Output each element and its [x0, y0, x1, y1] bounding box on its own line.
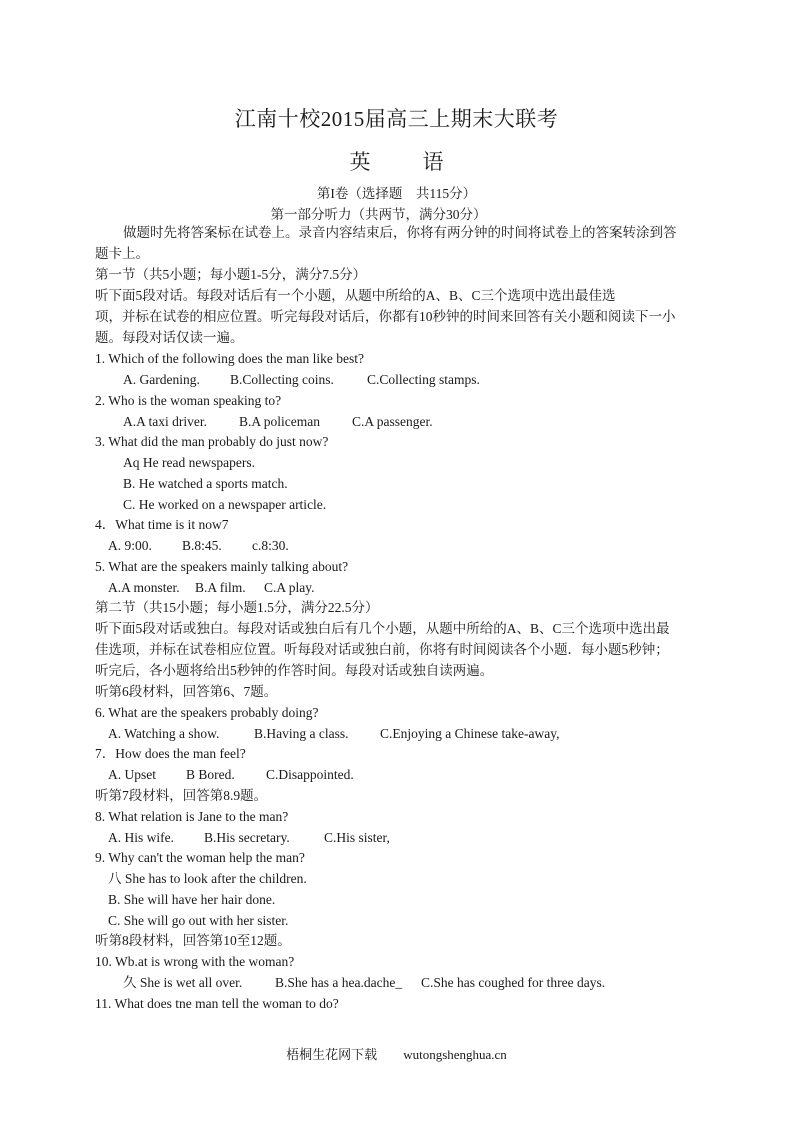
footer-site-url[interactable]: wutongshenghua.cn	[403, 1047, 507, 1062]
option-b: B.Having a class.	[254, 725, 380, 743]
section1-heading: 第一节（共5小题；每小题1-5分，满分7.5分）	[95, 266, 366, 284]
question-1-options: A. Gardening.B.Collecting coins.C.Collec…	[123, 371, 480, 389]
section2-desc-3: 听完后，各小题将给出5秒钟的作答时间。每段对话或独自读两遍。	[95, 662, 493, 680]
question-3-option-b: B. He watched a sports match.	[123, 475, 288, 493]
material-7-heading: 听第7段材料，回答第8.9题。	[95, 787, 267, 805]
option-c: C.A play.	[264, 579, 315, 597]
question-5: 5. What are the speakers mainly talking …	[95, 558, 348, 576]
question-9-option-a: 八 She has to look after the children.	[108, 870, 307, 888]
question-3-option-c: C. He worked on a newspaper article.	[123, 496, 326, 514]
question-9-option-c: C. She will go out with her sister.	[108, 912, 288, 930]
question-7-options: A. UpsetB Bored.C.Disappointed.	[108, 766, 354, 784]
section1-desc-1: 听下面5段对话。每段对话后有一个小题，从题中所给的A、B、C三个选项中选出最佳选	[95, 287, 616, 305]
material-6-heading: 听第6段材料，回答第6、7题。	[95, 683, 277, 701]
option-b: B Bored.	[186, 766, 266, 784]
footer-site-name: 梧桐生花网下载	[286, 1047, 377, 1062]
section2-heading: 第二节（共15小题；每小题1.5分，满分22.5分）	[95, 599, 379, 617]
section1-desc-3: 题。每段对话仅读一遍。	[95, 329, 244, 347]
option-c: C.Enjoying a Chinese take-away,	[380, 725, 559, 743]
question-10: 10. Wb.at is wrong with the woman?	[95, 953, 294, 971]
section2-desc-2: 佳选项，并标在试卷相应位置。听每段对话或独白前，你将有时间阅读各个小题．每小题5…	[95, 641, 669, 659]
material-8-heading: 听第8段材料，回答第10至12题。	[95, 932, 291, 950]
option-c: C.Collecting stamps.	[367, 371, 480, 389]
question-1: 1. Which of the following does the man l…	[95, 350, 364, 368]
question-3: 3. What did the man probably do just now…	[95, 433, 328, 451]
option-a: A. His wife.	[108, 829, 204, 847]
option-a: A.A taxi driver.	[123, 413, 239, 431]
option-c: C.His sister,	[324, 829, 390, 847]
question-9-option-b: B. She will have her hair done.	[108, 891, 275, 909]
option-c: C.Disappointed.	[266, 766, 354, 784]
question-9: 9. Why can't the woman help the man?	[95, 849, 305, 867]
question-5-options: A.A monster.B.A film.C.A play.	[108, 579, 315, 597]
option-b: B.Collecting coins.	[230, 371, 367, 389]
option-a: A.A monster.	[108, 579, 195, 597]
exam-page: 江南十校2015届高三上期末大联考 英语 第I卷（选择题 共115分） 第一部分…	[0, 0, 793, 1122]
section1-desc-2: 项，并标在试卷的相应位置。听完每段对话后，你都有10秒钟的时间来回答有关小题和阅…	[95, 308, 676, 326]
question-11: 11. What does tne man tell the woman to …	[95, 995, 339, 1013]
option-a: 久 She is wet all over.	[123, 974, 275, 992]
volume-heading: 第I卷（选择题 共115分）	[0, 182, 793, 202]
instructions-line-2: 题卡上。	[95, 245, 149, 263]
question-3-option-a: Aq He read newspapers.	[123, 454, 255, 472]
option-b: B.His secretary.	[204, 829, 324, 847]
option-b: B.A policeman	[239, 413, 352, 431]
question-10-options: 久 She is wet all over.B.She has a hea.da…	[123, 974, 605, 992]
subject-title: 英语	[0, 146, 793, 176]
question-7: 7．How does the man feel?	[95, 745, 246, 763]
exam-title: 江南十校2015届高三上期末大联考	[0, 103, 793, 133]
option-a: A. Gardening.	[123, 371, 230, 389]
option-c: C.A passenger.	[352, 413, 433, 431]
option-a: A. 9:00.	[108, 537, 182, 555]
option-b: B.She has a hea.dache_	[275, 974, 421, 992]
question-2: 2. Who is the woman speaking to?	[95, 392, 281, 410]
question-6-options: A. Watching a show.B.Having a class.C.En…	[108, 725, 559, 743]
question-4: 4．What time is it now7	[95, 516, 228, 534]
question-6: 6. What are the speakers probably doing?	[95, 704, 319, 722]
section2-desc-1: 听下面5段对话或独白。每段对话或独白后有几个小题，从题中所给的A、B、C三个选项…	[95, 620, 670, 638]
option-c: c.8:30.	[252, 537, 289, 555]
question-4-options: A. 9:00.B.8:45.c.8:30.	[108, 537, 289, 555]
option-b: B.A film.	[195, 579, 264, 597]
option-a: A. Watching a show.	[108, 725, 254, 743]
question-8: 8. What relation is Jane to the man?	[95, 808, 288, 826]
option-b: B.8:45.	[182, 537, 252, 555]
page-footer: 梧桐生花网下载wutongshenghua.cn	[0, 1044, 793, 1063]
part-heading: 第一部分听力（共两节，满分30分）	[0, 203, 793, 223]
subject-char-1: 英	[350, 146, 371, 176]
instructions-line-1: 做题时先将答案标在试卷上。录音内容结束后，你将有两分钟的时间将试卷上的答案转涂到…	[123, 224, 677, 242]
option-c: C.She has coughed for three days.	[421, 974, 605, 992]
option-a: A. Upset	[108, 766, 186, 784]
subject-char-2: 语	[423, 146, 444, 176]
question-8-options: A. His wife.B.His secretary.C.His sister…	[108, 829, 390, 847]
question-2-options: A.A taxi driver.B.A policemanC.A passeng…	[123, 413, 433, 431]
